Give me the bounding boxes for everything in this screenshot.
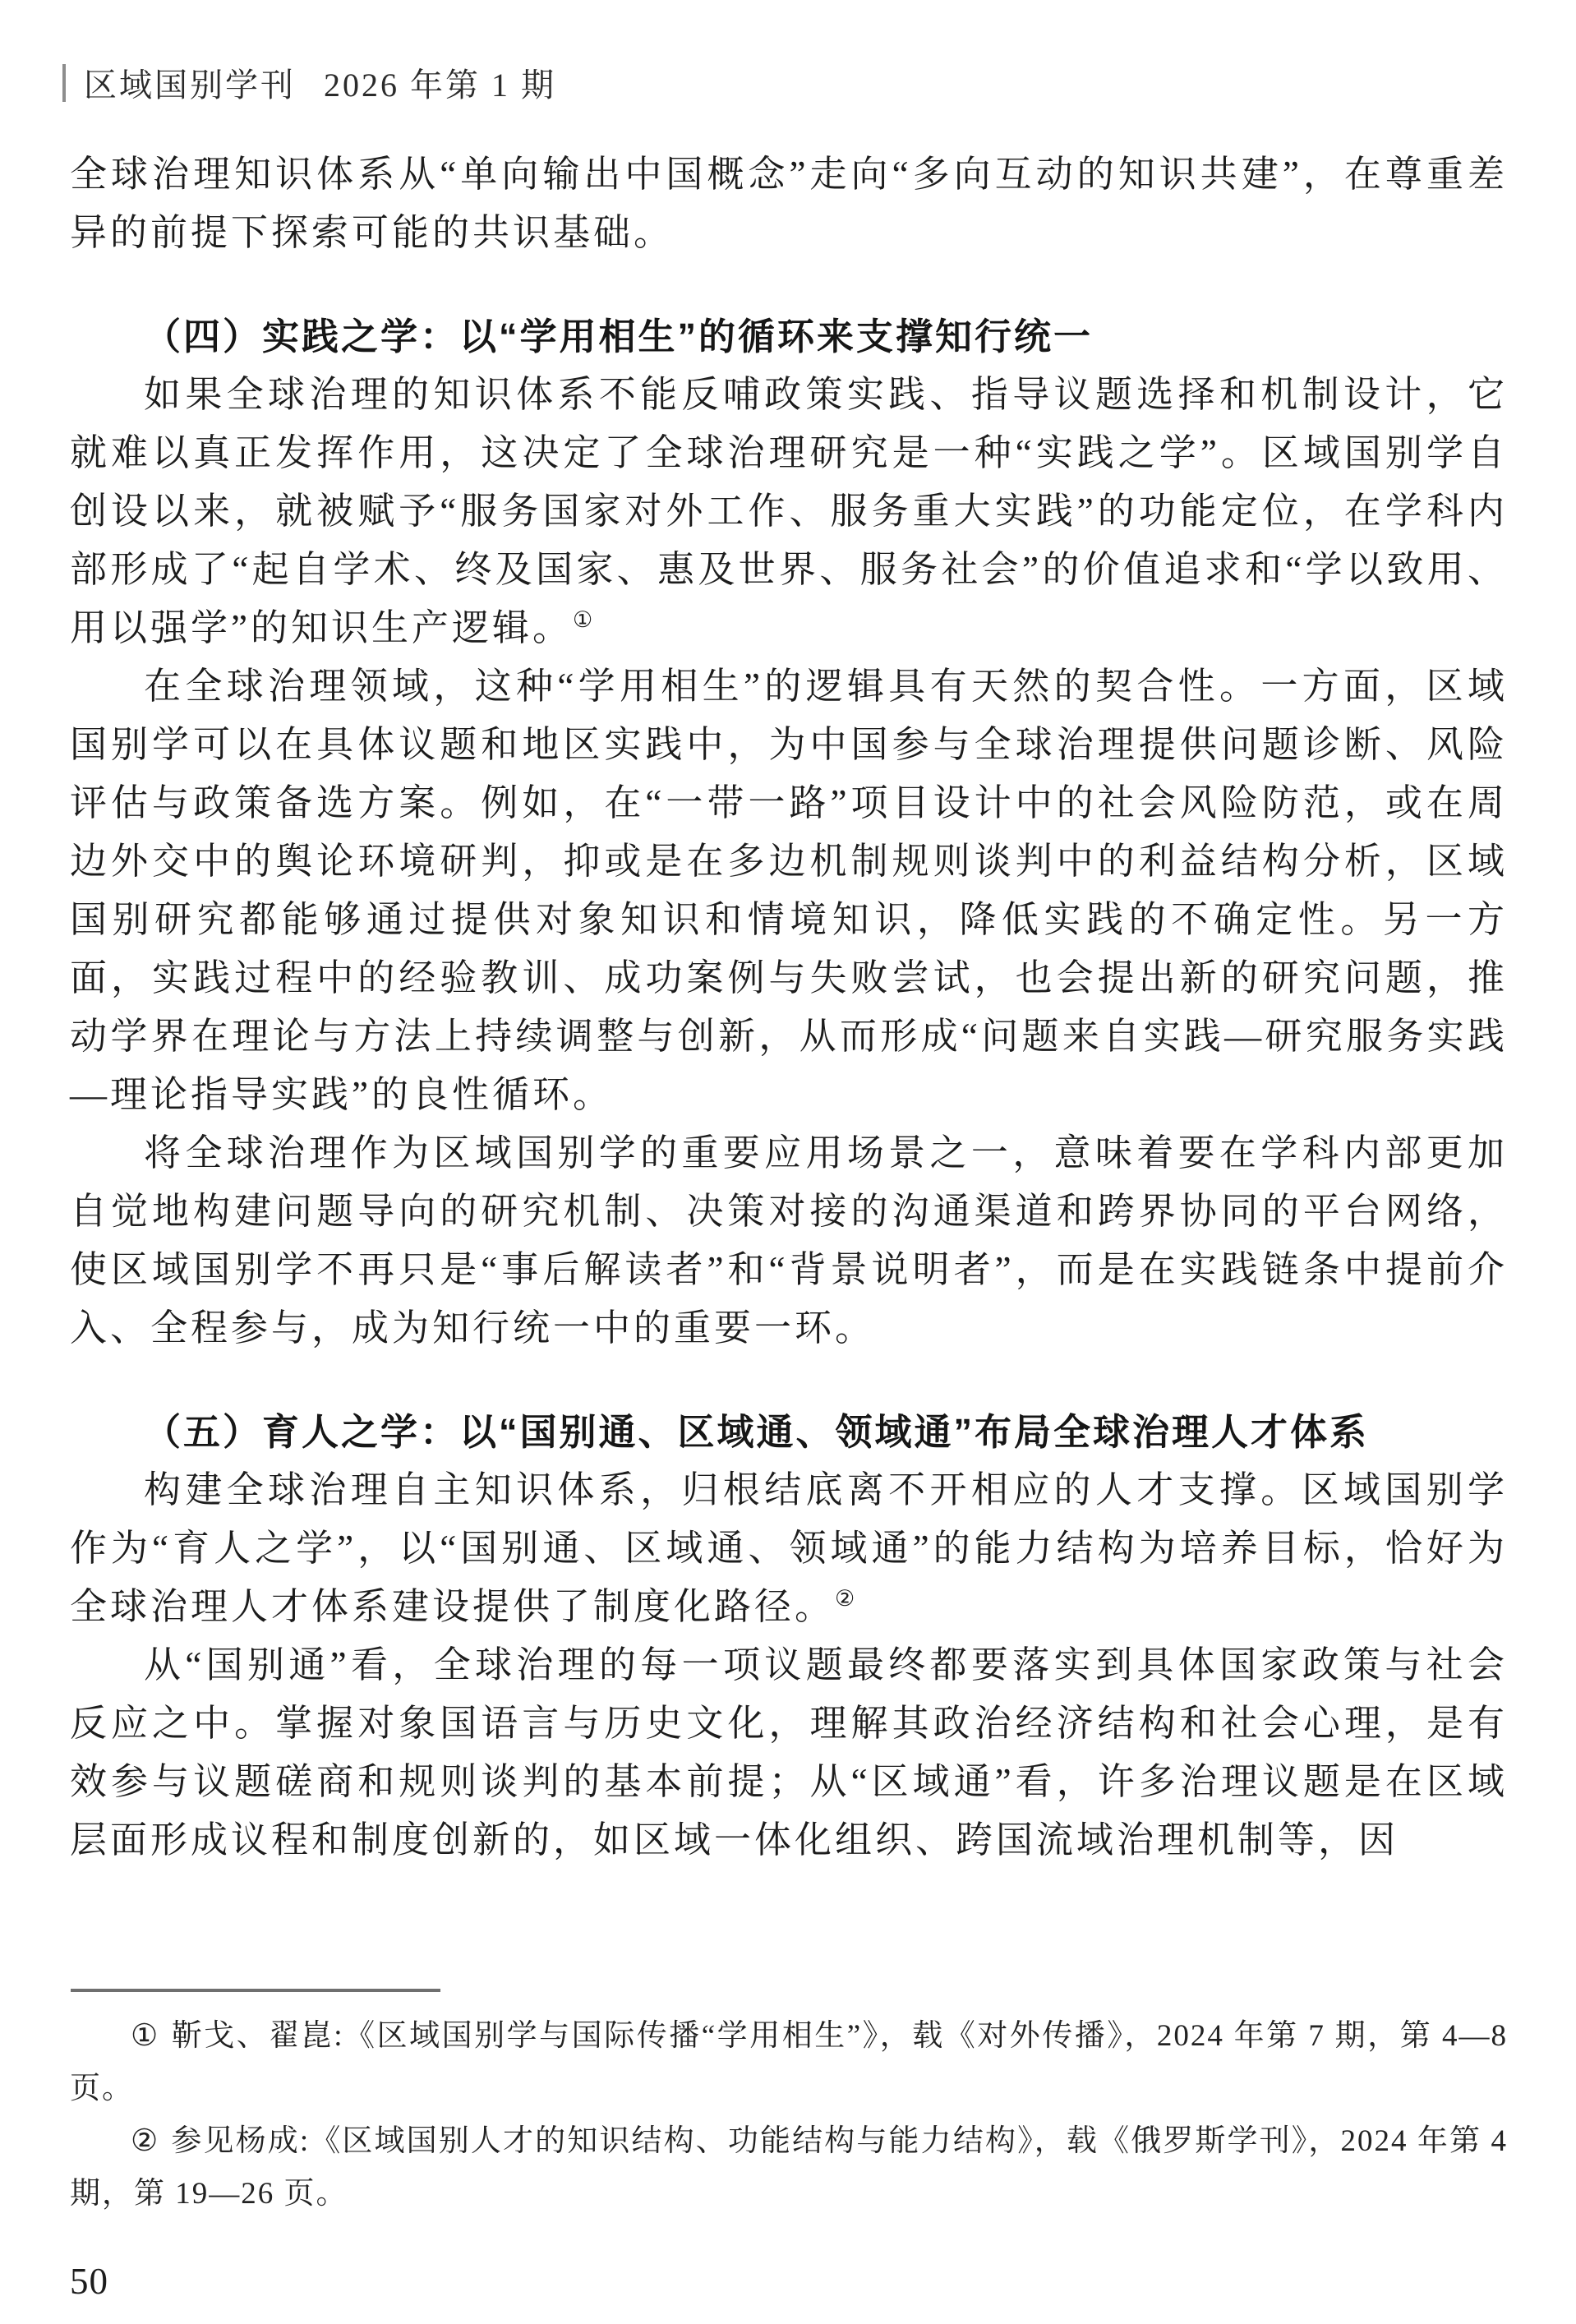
running-head: 区域国别学刊2026 年第 1 期 bbox=[84, 59, 556, 106]
paragraph-text: 如果全球治理的知识体系不能反哺政策实践、指导议题选择和机制设计，它就难以真正发挥… bbox=[70, 374, 1508, 648]
paragraph-text: 全球治理知识体系从“单向输出中国概念”走向“多向互动的知识共建”，在尊重差异的前… bbox=[70, 154, 1508, 253]
footnote-text: 参见杨成:《区域国别人才的知识结构、功能结构与能力结构》，载《俄罗斯学刊》，20… bbox=[70, 2124, 1508, 2211]
header-rule bbox=[62, 64, 66, 102]
body-paragraph-continued: 全球治理知识体系从“单向输出中国概念”走向“多向互动的知识共建”，在尊重差异的前… bbox=[70, 145, 1508, 262]
section-heading-4: （四）实践之学：以“学用相生”的循环来支撑知行统一 bbox=[70, 307, 1508, 366]
body-paragraph: 从“国别通”看，全球治理的每一项议题最终都要落实到具体国家政策与社会反应之中。掌… bbox=[70, 1636, 1508, 1870]
heading-text: （四）实践之学：以“学用相生”的循环来支撑知行统一 bbox=[144, 316, 1093, 357]
heading-text: （五）育人之学：以“国别通、区域通、领域通”布局全球治理人才体系 bbox=[144, 1411, 1369, 1453]
main-text-column: 全球治理知识体系从“单向输出中国概念”走向“多向互动的知识共建”，在尊重差异的前… bbox=[70, 145, 1508, 1870]
footnote-ref-2: ② bbox=[835, 1586, 855, 1611]
body-paragraph: 将全球治理作为区域国别学的重要应用场景之一，意味着要在学科内部更加自觉地构建问题… bbox=[70, 1124, 1508, 1358]
footnote-ref-1: ① bbox=[573, 607, 592, 632]
page-number: 50 bbox=[70, 2260, 108, 2303]
footnote-marker: ① bbox=[131, 2019, 160, 2053]
paragraph-text: 在全球治理领域，这种“学用相生”的逻辑具有天然的契合性。一方面，区域国别学可以在… bbox=[70, 666, 1508, 1115]
body-paragraph: 如果全球治理的知识体系不能反哺政策实践、指导议题选择和机制设计，它就难以真正发挥… bbox=[70, 366, 1508, 657]
paragraph-text: 从“国别通”看，全球治理的每一项议题最终都要落实到具体国家政策与社会反应之中。掌… bbox=[70, 1644, 1508, 1861]
footnote-marker: ② bbox=[131, 2124, 159, 2158]
paragraph-text: 将全球治理作为区域国别学的重要应用场景之一，意味着要在学科内部更加自觉地构建问题… bbox=[70, 1132, 1508, 1349]
page-header: 区域国别学刊2026 年第 1 期 bbox=[62, 59, 556, 106]
journal-issue: 2026 年第 1 期 bbox=[324, 67, 556, 104]
body-paragraph: 构建全球治理自主知识体系，归根结底离不开相应的人才支撑。区域国别学作为“育人之学… bbox=[70, 1461, 1508, 1636]
journal-title: 区域国别学刊 bbox=[84, 67, 296, 104]
footnote-divider bbox=[71, 1989, 440, 1992]
document-page: 区域国别学刊2026 年第 1 期 全球治理知识体系从“单向输出中国概念”走向“… bbox=[0, 0, 1576, 2324]
footnote-text: 靳戈、翟崑:《区域国别学与国际传播“学用相生”》，载《对外传播》，2024 年第… bbox=[70, 2019, 1508, 2105]
body-paragraph: 在全球治理领域，这种“学用相生”的逻辑具有天然的契合性。一方面，区域国别学可以在… bbox=[70, 657, 1508, 1124]
footnote-2: ②参见杨成:《区域国别人才的知识结构、功能结构与能力结构》，载《俄罗斯学刊》，2… bbox=[70, 2115, 1508, 2220]
footnotes-block: ①靳戈、翟崑:《区域国别学与国际传播“学用相生”》，载《对外传播》，2024 年… bbox=[70, 2010, 1508, 2220]
paragraph-text: 构建全球治理自主知识体系，归根结底离不开相应的人才支撑。区域国别学作为“育人之学… bbox=[70, 1469, 1508, 1627]
footnote-1: ①靳戈、翟崑:《区域国别学与国际传播“学用相生”》，载《对外传播》，2024 年… bbox=[70, 2010, 1508, 2115]
section-heading-5: （五）育人之学：以“国别通、区域通、领域通”布局全球治理人才体系 bbox=[70, 1403, 1508, 1461]
